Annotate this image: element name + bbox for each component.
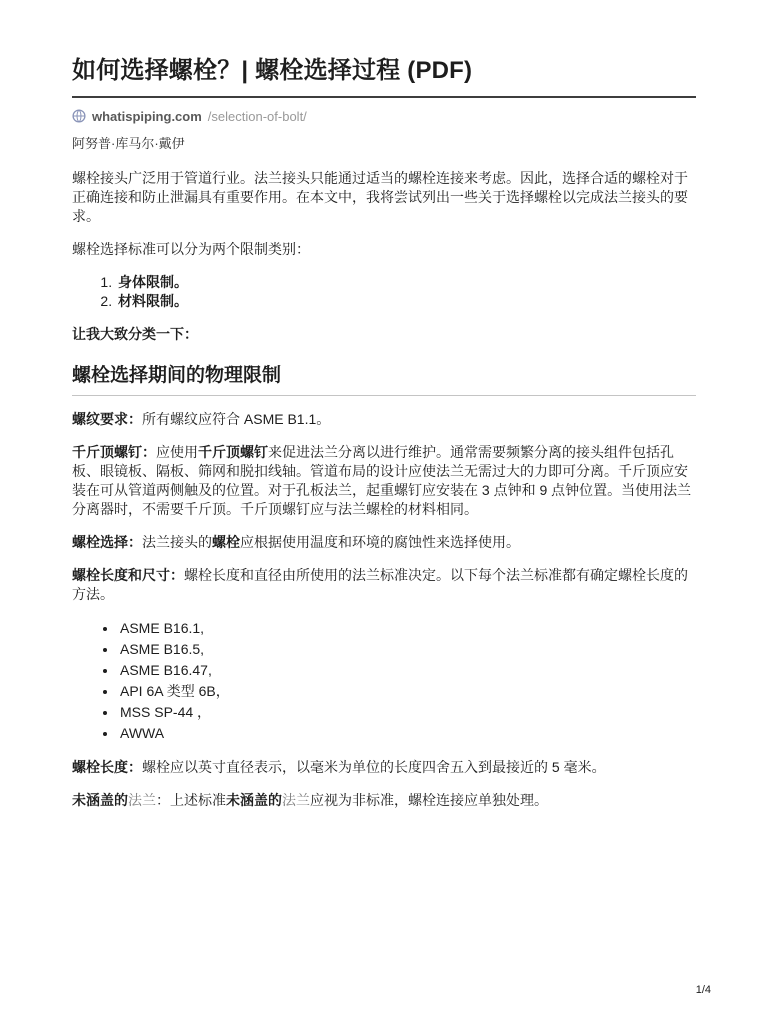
page-number-indicator: 1/4: [696, 984, 711, 996]
inline-link[interactable]: 法兰: [282, 792, 310, 808]
source-domain[interactable]: whatispiping.com: [92, 109, 202, 124]
inline-link[interactable]: 法兰: [128, 792, 156, 808]
bold-text-run: 螺栓: [212, 534, 240, 550]
bold-text-run: 让我大致分类一下：: [72, 326, 198, 342]
text-run: API 6A 类型 6B，: [120, 683, 230, 699]
text-run: 所有螺纹应符合 ASME B1.1。: [142, 411, 330, 427]
article-body: 螺栓接头广泛用于管道行业。法兰接头只能通过适当的螺栓连接来考虑。因此，选择合适的…: [72, 169, 696, 810]
paragraph: 螺栓接头广泛用于管道行业。法兰接头只能通过适当的螺栓连接来考虑。因此，选择合适的…: [72, 169, 696, 226]
text-run: 应视为非标准，螺栓连接应单独处理。: [310, 792, 548, 808]
title-divider: [72, 96, 696, 98]
text-run: 应使用: [156, 444, 198, 460]
list-item: 身体限制。: [116, 273, 696, 292]
bold-text-run: 螺纹要求：: [72, 411, 142, 427]
text-run: 螺栓接头广泛用于管道行业。法兰接头只能通过适当的螺栓连接来考虑。因此，选择合适的…: [72, 170, 688, 224]
pdf-page: 如何选择螺栓？| 螺栓选择过程 (PDF) whatispiping.com /…: [0, 0, 768, 810]
text-run: ASME B16.5,: [120, 641, 204, 657]
text-run: ASME B16.1,: [120, 620, 204, 636]
list-item: 材料限制。: [116, 292, 696, 311]
text-run: 法兰接头的: [142, 534, 212, 550]
ordered-list: 身体限制。材料限制。: [72, 273, 696, 311]
text-run: 螺栓应以英寸直径表示，以毫米为单位的长度四舍五入到最接近的 5 毫米。: [142, 759, 606, 775]
text-run: AWWA: [120, 725, 164, 741]
section-heading: 螺栓选择期间的物理限制: [72, 364, 696, 396]
paragraph: 螺栓选择：法兰接头的螺栓应根据使用温度和环境的腐蚀性来选择使用。: [72, 533, 696, 552]
list-item: ASME B16.47,: [118, 660, 696, 681]
paragraph: 螺栓长度：螺栓应以英寸直径表示，以毫米为单位的长度四舍五入到最接近的 5 毫米。: [72, 758, 696, 777]
bold-text-run: 螺栓长度和尺寸：: [72, 567, 184, 583]
source-path[interactable]: /selection-of-bolt/: [208, 109, 307, 124]
bold-text-run: 身体限制。: [118, 274, 188, 290]
paragraph: 螺栓选择标准可以分为两个限制类别：: [72, 240, 696, 259]
list-item: ASME B16.1,: [118, 618, 696, 639]
paragraph: 让我大致分类一下：: [72, 325, 696, 344]
list-item: ASME B16.5,: [118, 639, 696, 660]
source-line: whatispiping.com /selection-of-bolt/: [72, 109, 696, 124]
list-item: API 6A 类型 6B，: [118, 681, 696, 702]
list-item: MSS SP-44 ，: [118, 702, 696, 723]
text-run: MSS SP-44 ，: [120, 704, 211, 720]
bold-text-run: 千斤顶螺钉: [198, 444, 268, 460]
bold-text-run: 千斤顶螺钉：: [72, 444, 156, 460]
bold-text-run: 材料限制。: [118, 293, 188, 309]
text-run: 应根据使用温度和环境的腐蚀性来选择使用。: [240, 534, 520, 550]
text-run: 螺栓选择标准可以分为两个限制类别：: [72, 241, 310, 257]
bullet-list: ASME B16.1,ASME B16.5,ASME B16.47,API 6A…: [72, 618, 696, 744]
text-run: ASME B16.47,: [120, 662, 212, 678]
author-byline: 阿努普·库马尔·戴伊: [72, 133, 696, 152]
globe-icon: [72, 109, 86, 123]
text-run: ：上述标准: [156, 792, 226, 808]
paragraph: 千斤顶螺钉：应使用千斤顶螺钉来促进法兰分离以进行维护。通常需要频繁分离的接头组件…: [72, 443, 696, 519]
paragraph: 螺栓长度和尺寸：螺栓长度和直径由所使用的法兰标准决定。以下每个法兰标准都有确定螺…: [72, 566, 696, 604]
paragraph: 螺纹要求：所有螺纹应符合 ASME B1.1。: [72, 410, 696, 429]
bold-text-run: 未涵盖的: [226, 792, 282, 808]
list-item: AWWA: [118, 723, 696, 744]
bold-text-run: 螺栓选择：: [72, 534, 142, 550]
bold-text-run: 未涵盖的: [72, 792, 128, 808]
paragraph: 未涵盖的法兰：上述标准未涵盖的法兰应视为非标准，螺栓连接应单独处理。: [72, 791, 696, 810]
bold-text-run: 螺栓长度：: [72, 759, 142, 775]
page-title: 如何选择螺栓？| 螺栓选择过程 (PDF): [72, 57, 696, 86]
